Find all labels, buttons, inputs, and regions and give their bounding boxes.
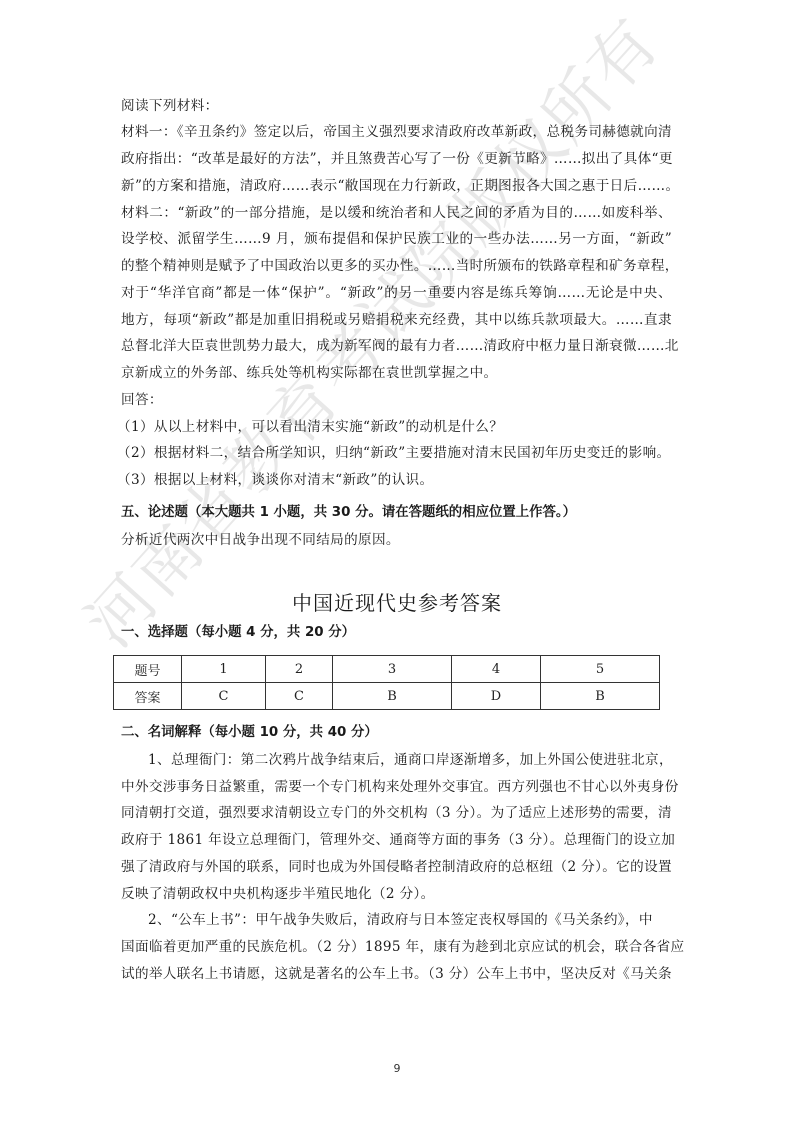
page-number: 9	[0, 1062, 794, 1075]
essay-question: 分析近代两次中日战争出现不同结局的原因。	[121, 531, 681, 549]
answer-line: 反映了清朝政权中央机构逐步半殖民地化（2 分）。	[121, 885, 681, 903]
row-header: 题号	[114, 656, 182, 683]
page-title: 中国近现代史参考答案	[0, 590, 794, 616]
section-heading: 二、名词解释（每小题 10 分，共 40 分）	[121, 724, 378, 742]
table-cell: C	[266, 683, 333, 710]
material-line: 地方，每项“新政”都是加重旧捐税或另赔捐税来充经费，其中以练兵款项最大。……直隶	[121, 311, 672, 329]
question-item: （1）从以上材料中，可以看出清末实施“新政”的动机是什么？	[117, 418, 677, 436]
material-line: 材料二：“新政”的一部分措施，是以缓和统治者和人民之间的矛盾为目的……如废科举、	[121, 204, 672, 222]
material-line: 材料一：《辛丑条约》签定以后，帝国主义强烈要求清政府改革新政，总税务司赫德就向清	[121, 123, 672, 141]
section-heading: 五、论述题（本大题共 1 小题，共 30 分。请在答题纸的相应位置上作答。）	[121, 504, 576, 522]
table-cell: C	[182, 683, 266, 710]
material-intro: 阅读下列材料：	[121, 97, 681, 115]
question-item: （2）根据材料二，结合所学知识，归纳“新政”主要措施对清末民国初年历史变迁的影响…	[117, 444, 677, 462]
material-line: 的整个精神则是赋予了中国政治以更多的买办性。……当时所颁布的铁路章程和矿务章程，	[121, 257, 672, 275]
table-cell: B	[333, 683, 452, 710]
table-cell: 2	[266, 656, 333, 683]
answer-line: 强了清政府与外国的联系，同时也成为外国侵略者控制清政府的总枢纽（2 分）。它的设…	[121, 858, 672, 876]
question-item: （3）根据以上材料，谈谈你对清末“新政”的认识。	[117, 471, 677, 489]
table-cell: 1	[182, 656, 266, 683]
answer-label: 回答：	[121, 391, 681, 409]
material-line: 新”的方案和措施，清政府……表示“敝国现在力行新政，正期图报各大国之惠于日后………	[121, 177, 672, 195]
answer-line: 中外交涉事务日益繁重，需要一个专门机构来处理外交事宜。西方列强也不甘心以外夷身份	[121, 778, 672, 796]
material-line: 对于“华洋官商”都是一体“保护”。“新政”的另一重要内容是练兵筹饷……无论是中央…	[121, 284, 672, 302]
row-header: 答案	[114, 683, 182, 710]
table-row: 答案 C C B D B	[114, 683, 660, 710]
answer-line: 政府于 1861 年设立总理衙门，管理外交、通商等方面的事务（3 分）。总理衙门…	[121, 831, 672, 849]
material-line: 政府指出：“改革是最好的方法”，并且煞费苦心写了一份《更新节略》……拟出了具体“…	[121, 150, 672, 168]
table-cell: D	[452, 683, 541, 710]
material-line: 总督北洋大臣袁世凯势力最大，成为新军阀的最有力者……清政府中枢力量日渐衰微……北	[121, 337, 672, 355]
answer-line: 国面临着更加严重的民族危机。（2 分）1895 年，康有为趁到北京应试的机会，联…	[121, 938, 672, 956]
answer-table: 题号 1 2 3 4 5 答案 C C B D B	[113, 655, 660, 710]
material-line: 京新成立的外务部、练兵处等机构实际都在袁世凯掌握之中。	[121, 364, 681, 382]
table-cell: 5	[541, 656, 660, 683]
table-cell: 3	[333, 656, 452, 683]
answer-line: 2、“公车上书”：甲午战争失败后，清政府与日本签定丧权辱国的《马关条约》，中	[148, 911, 672, 929]
table-cell: 4	[452, 656, 541, 683]
document-page: 河南省教育考试院版权所有 阅读下列材料： 材料一：《辛丑条约》签定以后，帝国主义…	[0, 0, 794, 1123]
table-cell: B	[541, 683, 660, 710]
material-line: 设学校、派留学生……9 月，颁布提倡和保护民族工业的一些办法……另一方面，“新政…	[121, 230, 672, 248]
answer-line: 同清朝打交道，强烈要求清朝设立专门的外交机构（3 分）。为了适应上述形势的需要，…	[121, 804, 672, 822]
table-row: 题号 1 2 3 4 5	[114, 656, 660, 683]
answer-line: 试的举人联名上书请愿，这就是著名的公车上书。（3 分）公车上书中，坚决反对《马关…	[121, 965, 672, 983]
answer-line: 1、总理衙门：第二次鸦片战争结束后，通商口岸逐渐增多，加上外国公使进驻北京，	[148, 751, 672, 769]
section-heading: 一、选择题（每小题 4 分，共 20 分）	[121, 624, 355, 642]
